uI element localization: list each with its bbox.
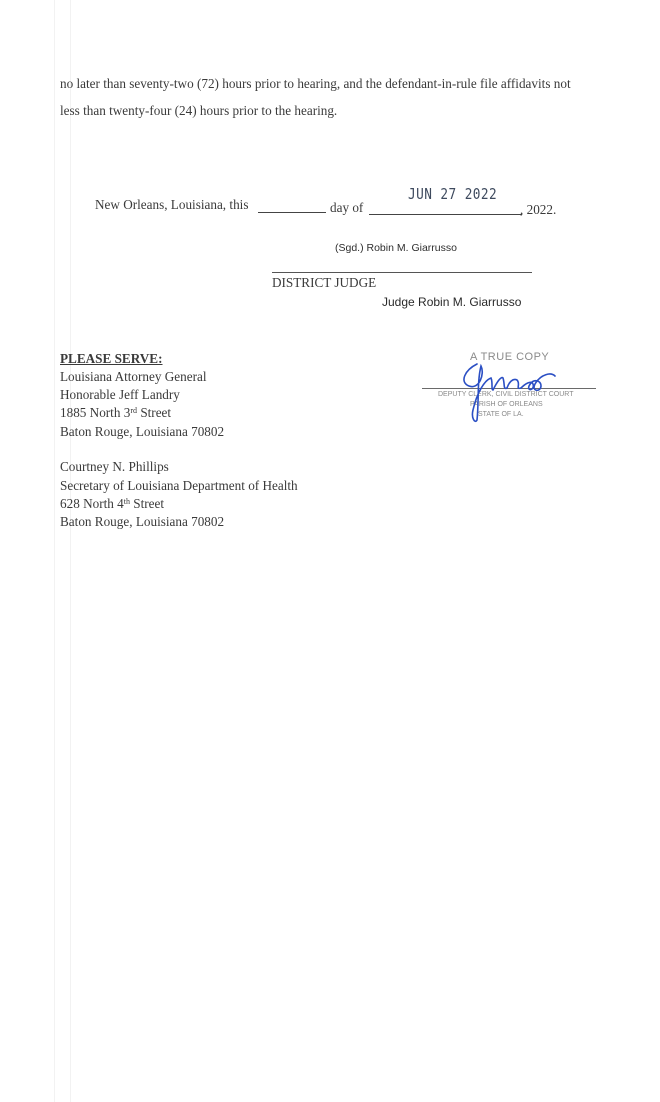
recipient-line-1: Louisiana Attorney General: [60, 369, 206, 385]
judge-printed-name: Judge Robin M. Giarrusso: [382, 294, 521, 310]
day-blank: [258, 212, 326, 213]
recipient-city: Baton Rouge, Louisiana 70802: [60, 424, 224, 440]
year-suffix: , 2022.: [520, 202, 556, 218]
judge-title: DISTRICT JUDGE: [272, 275, 376, 291]
recipient-street: 1885 North 3rd Street: [60, 405, 171, 421]
filed-date-stamp: JUN 27 2022: [408, 185, 497, 203]
clerk-signature-icon: [455, 352, 565, 427]
recipient-city: Baton Rouge, Louisiana 70802: [60, 514, 224, 530]
scan-fold-line: [54, 0, 55, 1102]
day-of-label: day of: [330, 200, 363, 216]
paragraph-line-1: no later than seventy-two (72) hours pri…: [60, 76, 571, 92]
recipient-line-2: Honorable Jeff Landry: [60, 387, 180, 403]
recipient-line-1: Courtney N. Phillips: [60, 459, 169, 475]
signature-line: [272, 272, 532, 273]
dated-line-prefix: New Orleans, Louisiana, this: [95, 197, 248, 213]
month-blank: [369, 214, 522, 215]
please-serve-heading: PLEASE SERVE:: [60, 351, 163, 367]
recipient-street: 628 North 4th Street: [60, 496, 164, 512]
recipient-line-2: Secretary of Louisiana Department of Hea…: [60, 478, 298, 494]
signed-by: (Sgd.) Robin M. Giarrusso: [335, 240, 457, 256]
paragraph-line-2: less than twenty-four (24) hours prior t…: [60, 103, 337, 119]
scan-fold-line: [70, 0, 71, 1102]
document-page: no later than seventy-two (72) hours pri…: [0, 0, 660, 1102]
